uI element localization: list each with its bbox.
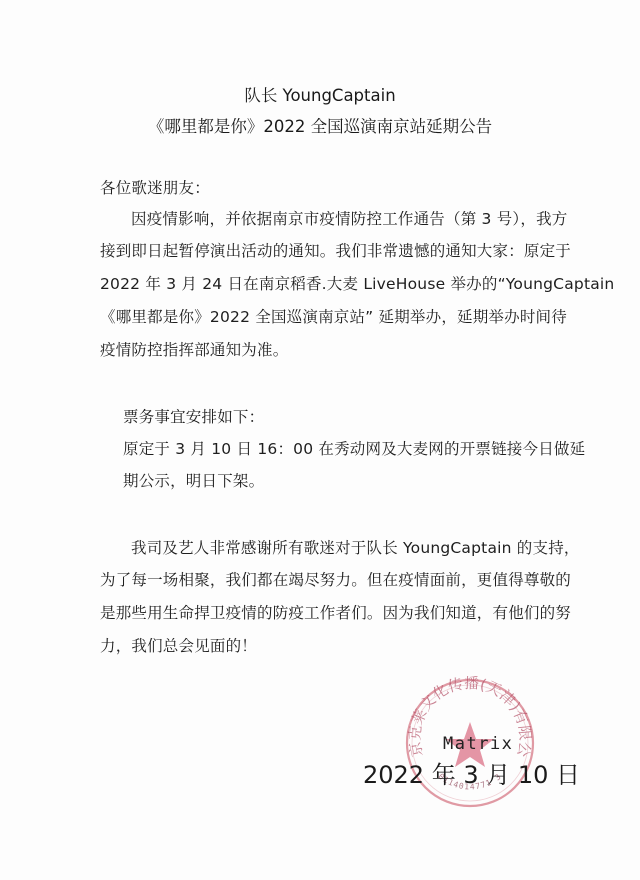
document-title-artist: 队长 YoungCaptain [0,85,640,107]
paragraph-line: 为了每一场相聚，我们都在竭尽努力。但在疫情面前，更值得尊敬的 [100,570,571,590]
paragraph-line: 是那些用生命捍卫疫情的防疫工作者们。因为我们知道，有他们的努 [100,603,571,623]
paragraph-line: 期公示，明日下架。 [123,471,264,491]
paragraph-line: 疫情防控指挥部通知为准。 [100,340,288,360]
paragraph-line: 我司及艺人非常感谢所有歌迷对于队长 YoungCaptain 的支持， [131,538,580,558]
document-title-notice: 《哪里都是你》2022 全国巡演南京站延期公告 [0,116,640,138]
paragraph-line: 2022 年 3 月 24 日在南京稻香.大麦 LiveHouse 举办的“Yo… [100,274,614,294]
paragraph-line: 《哪里都是你》2022 全国巡演南京站” 延期举办，延期举办时间待 [100,307,567,327]
paragraph-line: 原定于 3 月 10 日 16：00 在秀动网及大麦网的开票链接今日做延 [123,439,585,459]
paragraph-line: 因疫情影响，并依据南京市疫情防控工作通告（第 3 号），我方 [131,209,567,229]
paragraph-line: 力，我们总会见面的！ [100,636,257,656]
paragraph-line: 接到即日起暂停演出活动的通知。我们非常遗憾的通知大家：原定于 [100,241,571,261]
signature-matrix: Matrix [443,734,513,754]
greeting: 各位歌迷朋友： [100,178,210,198]
ticket-heading: 票务事宜安排如下： [123,407,264,427]
document-date: 2022 年 3 月 10 日 [363,760,580,790]
